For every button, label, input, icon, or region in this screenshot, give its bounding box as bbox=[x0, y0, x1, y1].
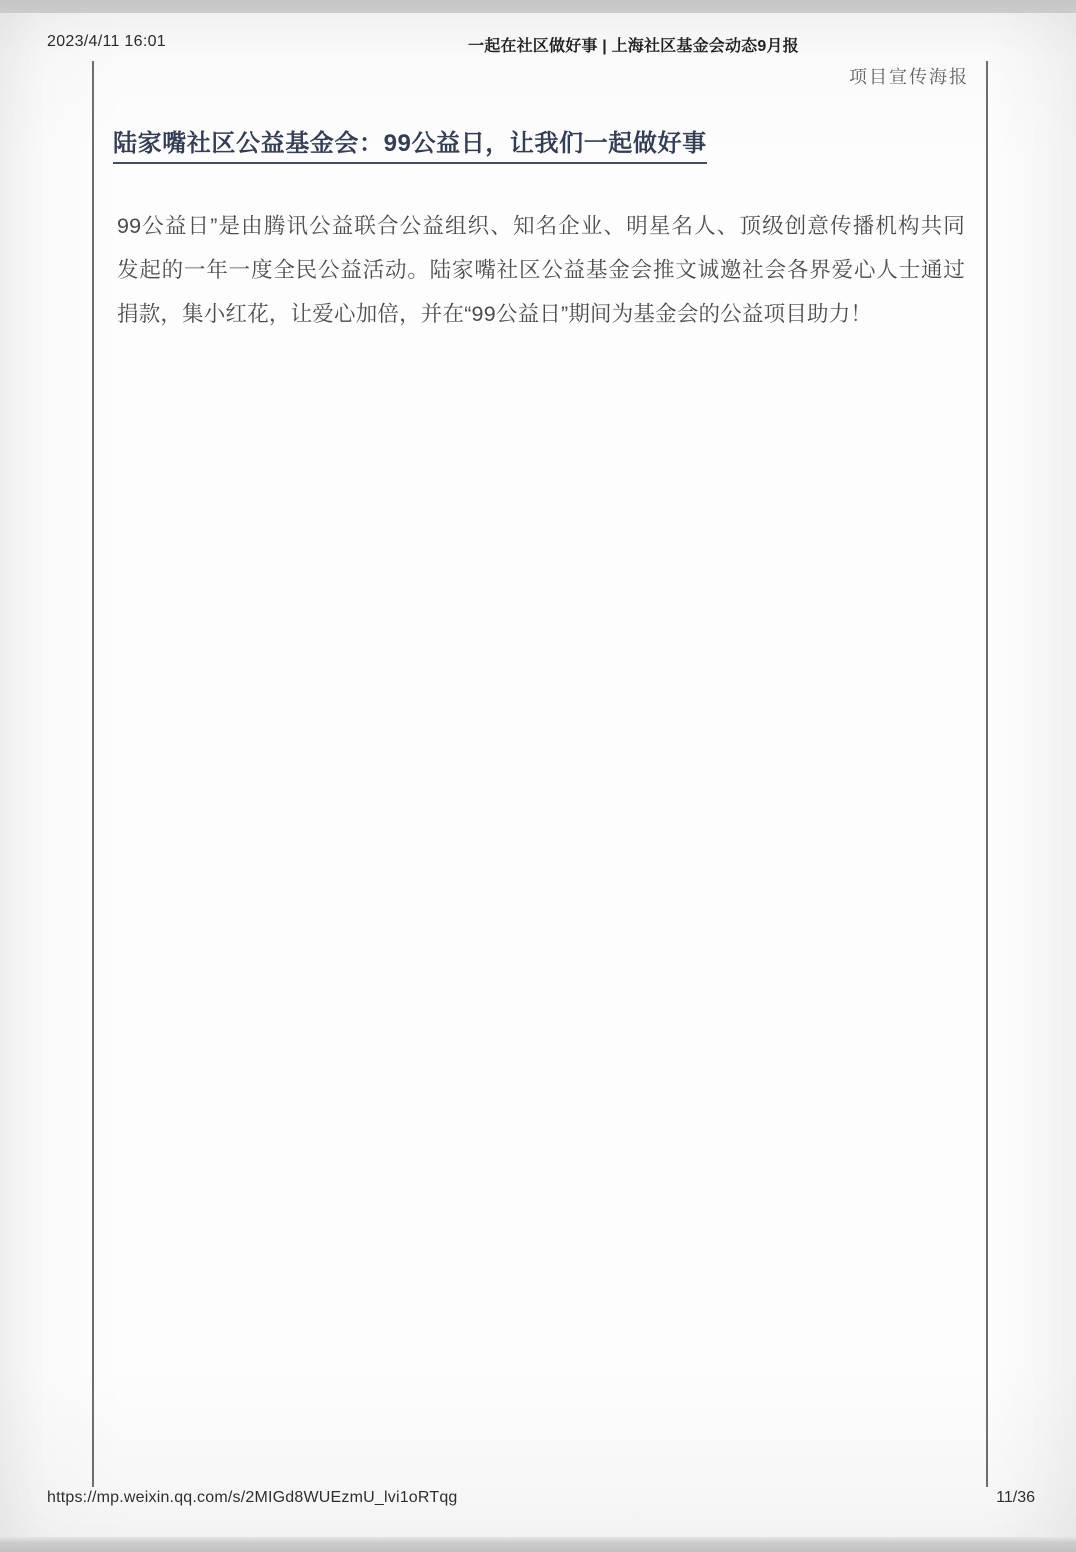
article-heading: 陆家嘴社区公益基金会：99公益日，让我们一起做好事 bbox=[113, 123, 707, 164]
paragraph-line: 捐款，集小红花，让爱心加倍，并在“99公益日”期间为基金会的公益项目助力！ bbox=[117, 292, 965, 336]
page-number: 11/36 bbox=[996, 1489, 1035, 1507]
content-frame-left-line bbox=[92, 61, 94, 1487]
scan-artifact-top-band bbox=[0, 0, 1076, 13]
scan-artifact-bottom-band bbox=[0, 1537, 1076, 1552]
print-timestamp: 2023/4/11 16:01 bbox=[47, 33, 166, 51]
paragraph-line: 99公益日”是由腾讯公益联合公益组织、知名企业、明星名人、顶级创意传播机构共同 bbox=[117, 204, 965, 248]
section-label: 项目宣传海报 bbox=[849, 63, 969, 89]
document-title: 一起在社区做好事 | 上海社区基金会动态9月报 bbox=[468, 33, 799, 56]
print-footer-url: https://mp.weixin.qq.com/s/2MIGd8WUEzmU_… bbox=[47, 1489, 458, 1507]
content-frame-right-line bbox=[986, 61, 988, 1487]
paragraph-line: 发起的一年一度全民公益活动。陆家嘴社区公益基金会推文诚邀社会各界爱心人士通过 bbox=[117, 248, 965, 292]
printed-page: 2023/4/11 16:01 一起在社区做好事 | 上海社区基金会动态9月报 … bbox=[0, 0, 1076, 1552]
article-paragraph: 99公益日”是由腾讯公益联合公益组织、知名企业、明星名人、顶级创意传播机构共同 … bbox=[117, 204, 965, 336]
